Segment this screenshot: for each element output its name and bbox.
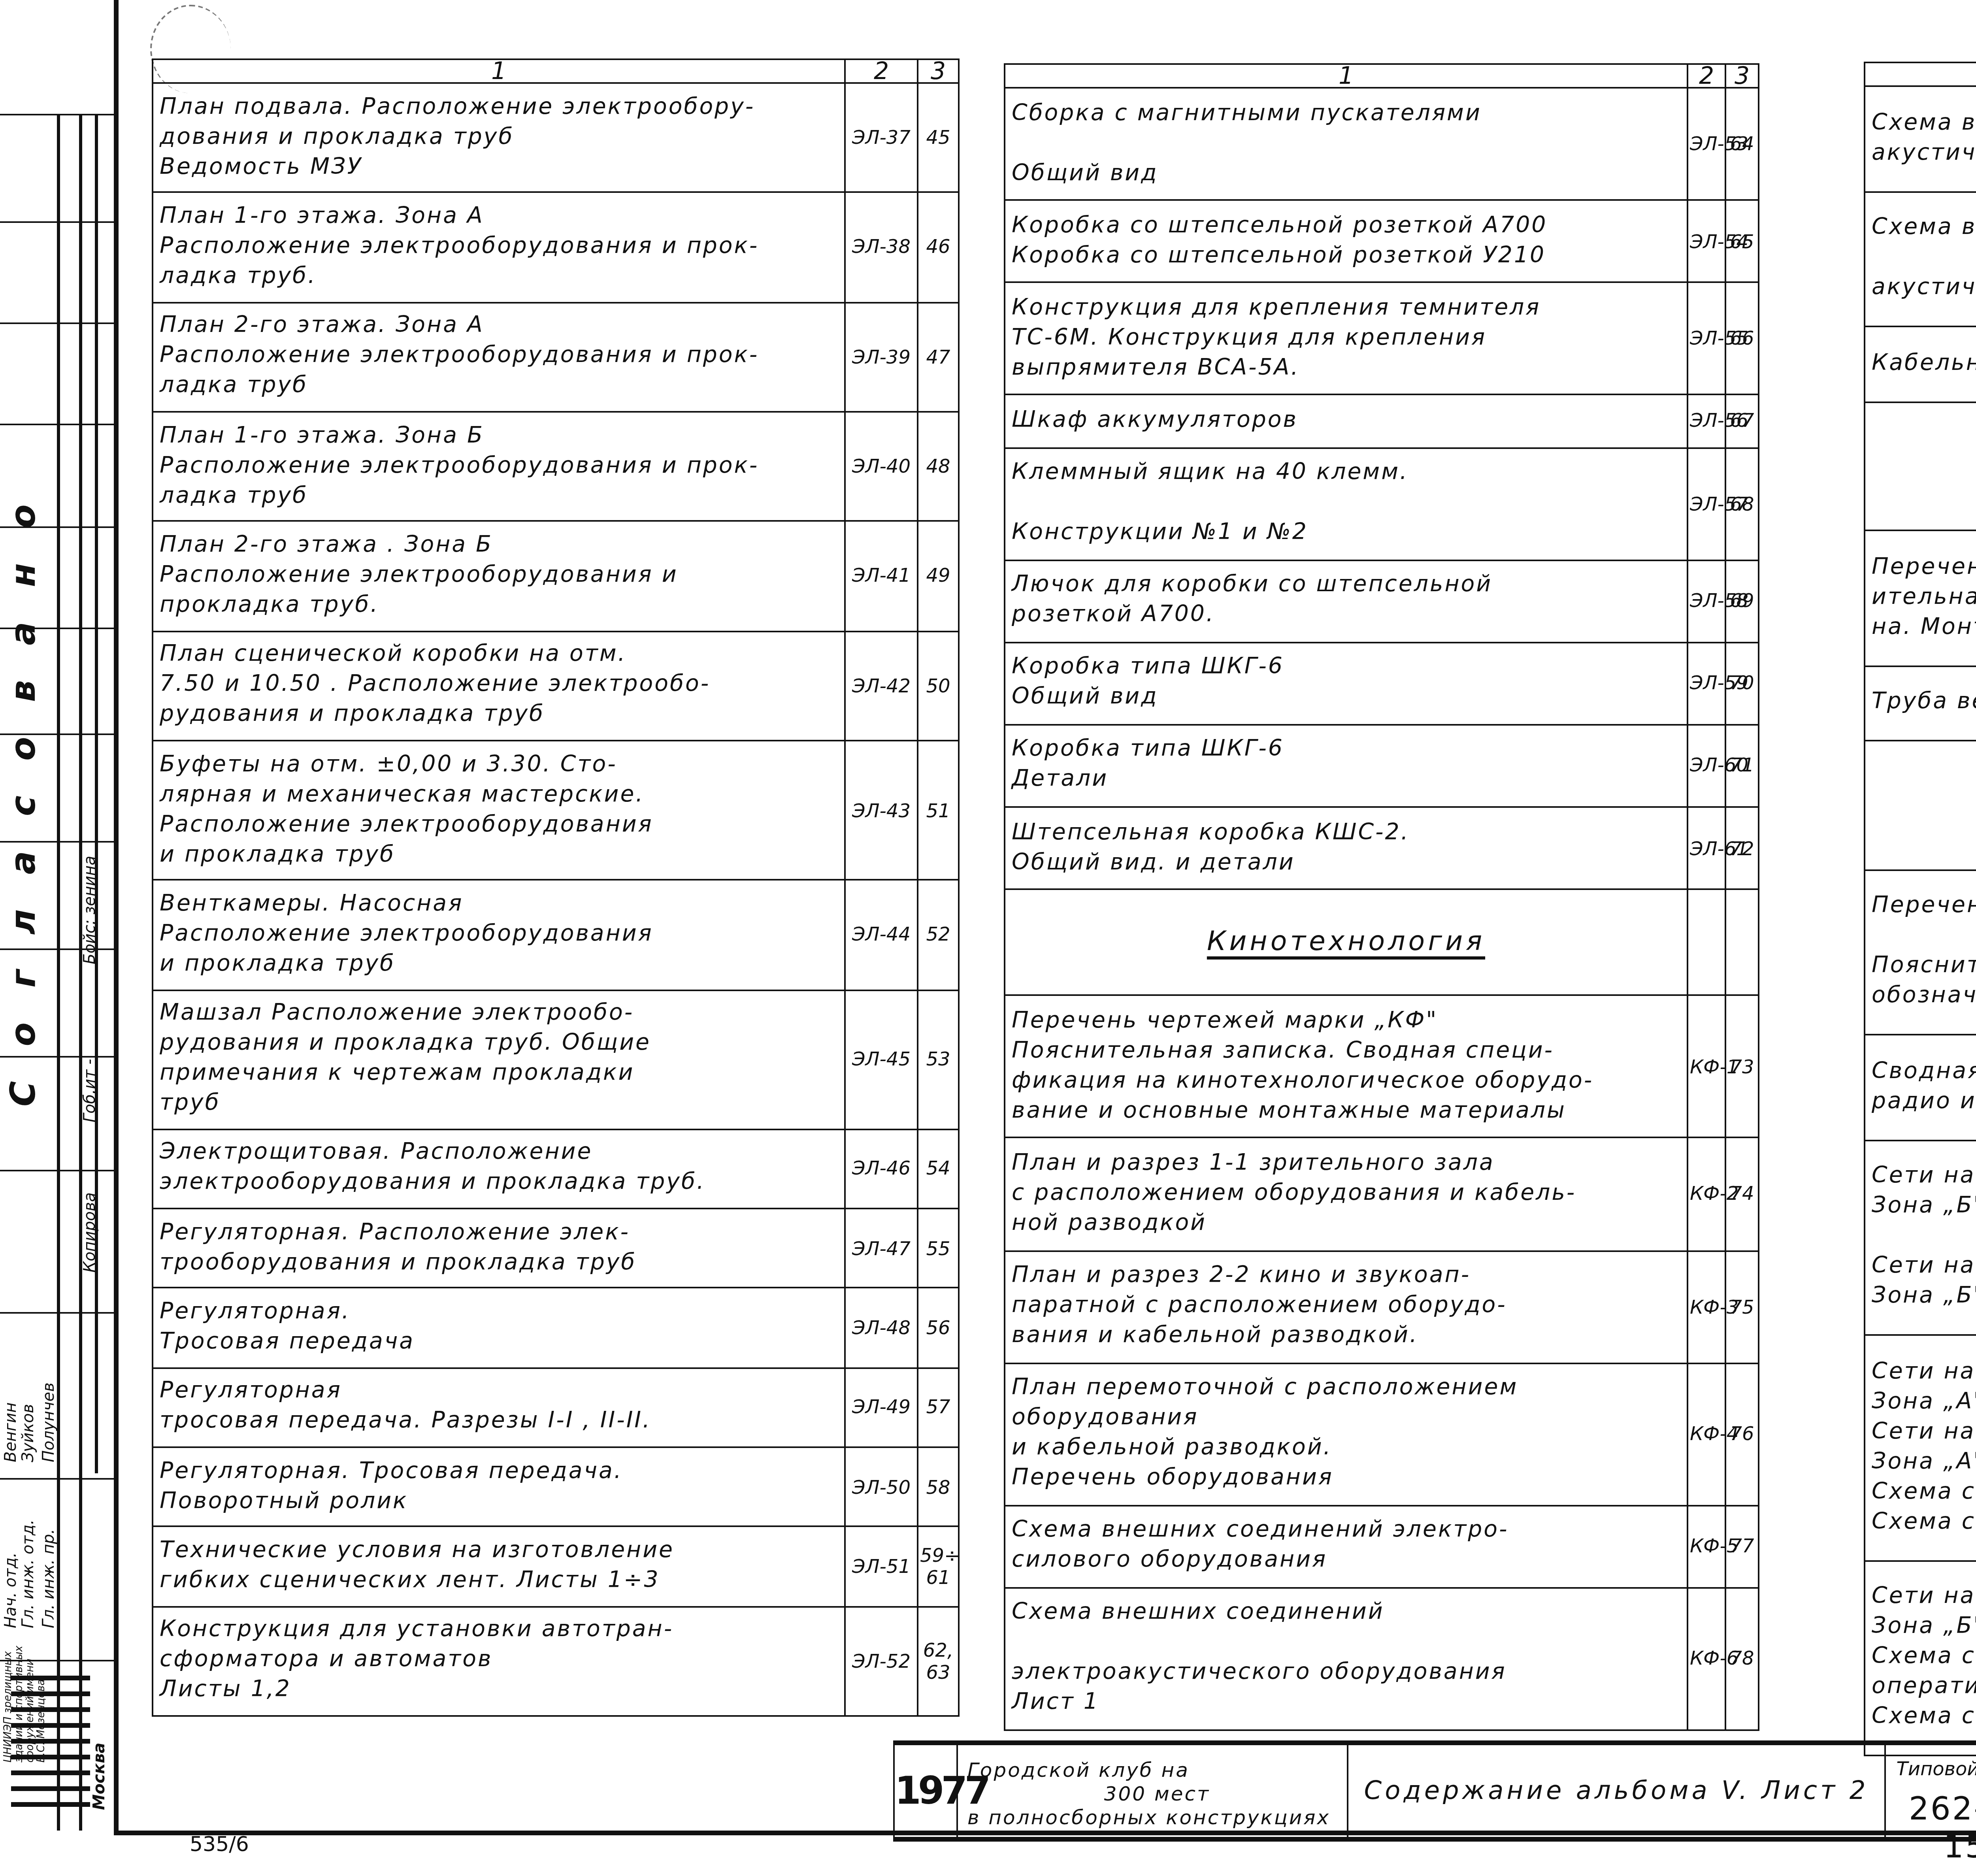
agreement-name: Бойс: зенина bbox=[82, 856, 100, 964]
drawing-code: ЭЛ-51 bbox=[845, 1527, 918, 1606]
table-row: Конструкция для крепления темнителя ТС-6… bbox=[1005, 283, 1759, 395]
page-number: 59÷ 61 bbox=[918, 1527, 959, 1606]
drawing-code: ЭЛ-54 bbox=[1688, 200, 1725, 283]
drawing-code: ЭЛ-53 bbox=[1688, 88, 1725, 200]
drawing-title: Коробка со штепсельной розеткой А700 Кор… bbox=[1005, 200, 1688, 283]
drawing-title: Регуляторная тросовая передача. Разрезы … bbox=[153, 1368, 845, 1447]
strip-row-line bbox=[0, 114, 114, 115]
table-row: Перечень чертежей марки „КФ" Пояснительн… bbox=[1005, 996, 1759, 1138]
agreement-name: Гоб.ит - bbox=[82, 1059, 100, 1122]
drawing-title: План 2-го этажа. Зона А Расположение эле… bbox=[153, 302, 845, 412]
drawing-title: Регуляторная. Тросовая передача bbox=[153, 1288, 845, 1368]
table-row: Труба верхняя, труба нижняяКФК-283 bbox=[1865, 666, 1976, 741]
table-header-row: 1 2 3 bbox=[153, 59, 959, 83]
drawing-title: Кабельный журнал bbox=[1865, 326, 1976, 402]
drawing-code: ЭЛ-39 bbox=[845, 302, 918, 412]
drawing-code: ЭЛ-41 bbox=[845, 521, 918, 631]
drawing-code: ЭЛ-49 bbox=[845, 1368, 918, 1447]
page-number: 57 bbox=[918, 1368, 959, 1447]
project-value: 262-12-158 bbox=[1886, 1789, 1976, 1865]
table-row: Сети на плане 2-го этажа Зона „Б" в осях… bbox=[1865, 1560, 1976, 1755]
page-number: 51 bbox=[918, 741, 959, 880]
drawing-code: КФ-2 bbox=[1688, 1138, 1725, 1251]
drawing-title: План подвала. Расположение электрообору-… bbox=[153, 83, 845, 192]
drawing-title: План 2-го этажа . Зона Б Расположение эл… bbox=[153, 521, 845, 631]
table-row: Регуляторная тросовая передача. Разрезы … bbox=[153, 1368, 959, 1447]
signature-name: Зуйков bbox=[21, 1404, 38, 1462]
table-row: Схема внешних соединений электро- акусти… bbox=[1865, 191, 1976, 326]
column-header: 3 bbox=[918, 59, 959, 83]
page-number: 47 bbox=[918, 302, 959, 412]
drawing-title: Венткамеры. Насосная Расположение электр… bbox=[153, 880, 845, 990]
page-number: 66 bbox=[1725, 283, 1759, 395]
drawing-code: ЭЛ-40 bbox=[845, 412, 918, 521]
table-row: Схема внешних соединений электроакустиче… bbox=[1005, 1588, 1759, 1731]
drawing-title: Сети на плане 2-го этажа Зона „А" в осях… bbox=[1865, 1335, 1976, 1560]
title-block-object: Городской клуб на 300 мест в полносборны… bbox=[956, 1745, 1347, 1837]
drawing-title: План и разрез 1-1 зрительного зала с рас… bbox=[1005, 1138, 1688, 1251]
page-number: 55 bbox=[918, 1209, 959, 1288]
page-number: 76 bbox=[1725, 1363, 1759, 1506]
table-row: Сводная спецификация устройств радио и с… bbox=[1865, 1035, 1976, 1140]
drawing-code: ЭЛ-61 bbox=[1688, 807, 1725, 890]
strip-row-line bbox=[0, 424, 114, 425]
column-header: 2 bbox=[845, 59, 918, 83]
drawing-code: ЭЛ-50 bbox=[845, 1447, 918, 1527]
drawing-title: Перечень чертежей марки КФК, Поясн- ител… bbox=[1865, 530, 1976, 666]
drawing-code: ЭЛ-47 bbox=[845, 1209, 918, 1288]
page-number: 69 bbox=[1725, 560, 1759, 643]
page-number: 62, 63 bbox=[918, 1606, 959, 1716]
empty-cell bbox=[1725, 890, 1759, 996]
section-row: Кинотехника bbox=[1865, 402, 1976, 530]
table-row: Сети на плане 1-го этажа Зона „Б" в осях… bbox=[1865, 1140, 1976, 1335]
page-number: 67 bbox=[1725, 395, 1759, 448]
drawing-title: Сборка с магнитными пускателями Общий ви… bbox=[1005, 88, 1688, 200]
page-number: 49 bbox=[918, 521, 959, 631]
drawing-code: ЭЛ-44 bbox=[845, 880, 918, 990]
table-row: Сборка с магнитными пускателями Общий ви… bbox=[1005, 88, 1759, 200]
table-row: План 1-го этажа. Зона Б Расположение эле… bbox=[153, 412, 959, 521]
table-row: Регуляторная. Тросовая передачаЭЛ-4856 bbox=[153, 1288, 959, 1368]
column-header: 1 bbox=[1865, 62, 1976, 86]
page-number: 53 bbox=[918, 990, 959, 1129]
title-block-title: Содержание альбома V. Лист 2 bbox=[1347, 1745, 1884, 1837]
drawing-code: ЭЛ-38 bbox=[845, 192, 918, 302]
agreed-label: Согласовано bbox=[5, 469, 44, 1107]
drawing-title: Схема внешних соединений электроакустиче… bbox=[1005, 1588, 1688, 1731]
drawing-title: Регуляторная. Тросовая передача. Поворот… bbox=[153, 1447, 845, 1527]
drawing-title: Сети на плане 2-го этажа Зона „Б" в осях… bbox=[1865, 1560, 1976, 1755]
page-number: 50 bbox=[918, 631, 959, 740]
table-row: Машзал Расположение электрообо- рудовани… bbox=[153, 990, 959, 1129]
page-number: 64 bbox=[1725, 88, 1759, 200]
drawing-title: Перечень чертежей марки „РС" Пояснительн… bbox=[1865, 869, 1976, 1035]
section-title: Кинотехнология bbox=[1005, 890, 1688, 996]
frame-left-border bbox=[114, 0, 119, 1831]
drawing-code: ЭЛ-48 bbox=[845, 1288, 918, 1368]
drawing-title: Регуляторная. Расположение элек- трообор… bbox=[153, 1209, 845, 1288]
drawing-code: КФ-6 bbox=[1688, 1588, 1725, 1731]
drawing-title: План и разрез 2-2 кино и звукоап- паратн… bbox=[1005, 1250, 1688, 1363]
table-row: Шкаф аккумуляторовЭЛ-5667 bbox=[1005, 395, 1759, 448]
table-row: Клеммный ящик на 40 клемм. Конструкции №… bbox=[1005, 447, 1759, 560]
table-row: Буфеты на отм. ±0,00 и 3.30. Сто- лярная… bbox=[153, 741, 959, 880]
drawing-code: ЭЛ-37 bbox=[845, 83, 918, 192]
archive-number: 535/6 bbox=[190, 1834, 249, 1857]
table-row: Перечень чертежей марки „РС" Пояснительн… bbox=[1865, 869, 1976, 1035]
drawing-title: Конструкция для установки автотран- сфор… bbox=[153, 1606, 845, 1716]
agreement-name: Копирова bbox=[82, 1192, 100, 1273]
table-header-row: 1 2 3 bbox=[1005, 64, 1759, 88]
page-number: 54 bbox=[918, 1129, 959, 1209]
table-row: План 2-го этажа . Зона Б Расположение эл… bbox=[153, 521, 959, 631]
empty-cell bbox=[1688, 890, 1725, 996]
drawing-title: Машзал Расположение электрообо- рудовани… bbox=[153, 990, 845, 1129]
drawing-title: Штепсельная коробка КШС-2. Общий вид. и … bbox=[1005, 807, 1688, 890]
section-row: Кинотехнология bbox=[1005, 890, 1759, 996]
drawing-code: ЭЛ-59 bbox=[1688, 642, 1725, 725]
drawing-title: Клеммный ящик на 40 клемм. Конструкции №… bbox=[1005, 447, 1688, 560]
signature-role: Гл. инж. пр. bbox=[41, 1529, 58, 1628]
drawing-code: КФ-1 bbox=[1688, 996, 1725, 1138]
table-row: Конструкция для установки автотран- сфор… bbox=[153, 1606, 959, 1716]
object-line: 300 мест bbox=[967, 1782, 1347, 1805]
column-header: 2 bbox=[1688, 64, 1725, 88]
section-row: Радио и связь bbox=[1865, 741, 1976, 869]
table-row: Схема внешних соединений электро- акусти… bbox=[1865, 86, 1976, 191]
signature-name: Венгин bbox=[3, 1403, 21, 1462]
table-row: Сети на плане 2-го этажа Зона „А" в осях… bbox=[1865, 1335, 1976, 1560]
table-row: Регуляторная. Тросовая передача. Поворот… bbox=[153, 1447, 959, 1527]
page-number: 75 bbox=[1725, 1250, 1759, 1363]
strip-row-line bbox=[0, 1170, 114, 1171]
page-number: 65 bbox=[1725, 200, 1759, 283]
page-number: 74 bbox=[1725, 1138, 1759, 1251]
table-row: Регуляторная. Расположение элек- трообор… bbox=[153, 1209, 959, 1288]
table-row: Лючок для коробки со штепсельной розетко… bbox=[1005, 560, 1759, 643]
page-number: 77 bbox=[1725, 1505, 1759, 1588]
drawing-title: Схема внешних соединений электро- силово… bbox=[1005, 1505, 1688, 1588]
drawing-title: Схема внешних соединений электро- акусти… bbox=[1865, 191, 1976, 326]
strip-col-line bbox=[79, 114, 81, 1831]
contents-table-right: 1 2 3 Схема внешних соединений электро- … bbox=[1864, 62, 1976, 1756]
drawing-code: КФ-3 bbox=[1688, 1250, 1725, 1363]
drawing-code: ЭЛ-57 bbox=[1688, 447, 1725, 560]
signature-name: Полунчев bbox=[41, 1382, 58, 1462]
drawing-code: ЭЛ-42 bbox=[845, 631, 918, 740]
drawing-code: ЭЛ-52 bbox=[845, 1606, 918, 1716]
drawing-title: Коробка типа ШКГ-6 Общий вид bbox=[1005, 642, 1688, 725]
drawing-code: ЭЛ-55 bbox=[1688, 283, 1725, 395]
page-number: 73 bbox=[1725, 996, 1759, 1138]
page-number: 58 bbox=[918, 1447, 959, 1527]
drawing-title: План перемоточной с расположением оборуд… bbox=[1005, 1363, 1688, 1506]
table-row: План 1-го этажа. Зона А Расположение эле… bbox=[153, 192, 959, 302]
table-row: Штепсельная коробка КШС-2. Общий вид. и … bbox=[1005, 807, 1759, 890]
table-row: Технические условия на изготовление гибк… bbox=[153, 1527, 959, 1606]
table-row: Электрощитовая. Расположение электрообор… bbox=[153, 1129, 959, 1209]
strip-row-line bbox=[0, 1312, 114, 1314]
drawing-code: КФ-4 bbox=[1688, 1363, 1725, 1506]
table-header-row: 1 2 3 bbox=[1865, 62, 1976, 86]
table-row: Кабельный журналКФ-981 bbox=[1865, 326, 1976, 402]
page-number: 56 bbox=[918, 1288, 959, 1368]
drawing-title: Электрощитовая. Расположение электрообор… bbox=[153, 1129, 845, 1209]
drawing-title: Перечень чертежей марки „КФ" Пояснительн… bbox=[1005, 996, 1688, 1138]
drawing-title: Буфеты на отм. ±0,00 и 3.30. Сто- лярная… bbox=[153, 741, 845, 880]
drawing-title: Лючок для коробки со штепсельной розетко… bbox=[1005, 560, 1688, 643]
column-header: 1 bbox=[153, 59, 845, 83]
table-row: План подвала. Расположение электрообору-… bbox=[153, 83, 959, 192]
signature-role: Нач. отд. bbox=[3, 1552, 21, 1628]
page-number: 45 bbox=[918, 83, 959, 192]
title-block-year: 1977 bbox=[893, 1745, 956, 1837]
strip-row-line bbox=[0, 322, 114, 324]
drawing-code: ЭЛ-60 bbox=[1688, 725, 1725, 807]
page-number: 46 bbox=[918, 192, 959, 302]
drawing-code: ЭЛ-56 bbox=[1688, 395, 1725, 448]
object-line: в полносборных конструкциях bbox=[967, 1805, 1347, 1829]
drawing-code: ЭЛ-58 bbox=[1688, 560, 1725, 643]
contents-table-left: 1 2 3 План подвала. Расположение электро… bbox=[152, 58, 960, 1717]
table-row: Схема внешних соединений электро- силово… bbox=[1005, 1505, 1759, 1588]
drawing-title: Труба верхняя, труба нижняя bbox=[1865, 666, 1976, 741]
title-block-project: Типовой проект 262-12-158 bbox=[1884, 1745, 1976, 1837]
table-row: Коробка со штепсельной розеткой А700 Кор… bbox=[1005, 200, 1759, 283]
section-title-text: Кинотехнология bbox=[1207, 927, 1485, 958]
drawing-sheet: 3 Согласовано Бойс: зенина Гоб.ит - Копи… bbox=[0, 0, 1976, 1876]
table-row: Перечень чертежей марки КФК, Поясн- ител… bbox=[1865, 530, 1976, 666]
table-row: Коробка типа ШКГ-6 ДеталиЭЛ-6071 bbox=[1005, 725, 1759, 807]
table-row: Венткамеры. Насосная Расположение электр… bbox=[153, 880, 959, 990]
drawing-title: Коробка типа ШКГ-6 Детали bbox=[1005, 725, 1688, 807]
section-title: Кинотехника bbox=[1865, 402, 1976, 530]
drawing-code: ЭЛ-46 bbox=[845, 1129, 918, 1209]
page-number: 78 bbox=[1725, 1588, 1759, 1731]
page-number: 71 bbox=[1725, 725, 1759, 807]
table-row: План и разрез 1-1 зрительного зала с рас… bbox=[1005, 1138, 1759, 1251]
title-block: 1977 Городской клуб на 300 мест в полнос… bbox=[893, 1740, 1976, 1842]
signature-role: Гл. инж. отд. bbox=[21, 1520, 38, 1628]
table-row: Коробка типа ШКГ-6 Общий видЭЛ-5970 bbox=[1005, 642, 1759, 725]
project-label: Типовой проект bbox=[1886, 1758, 1976, 1780]
page-number: 68 bbox=[1725, 447, 1759, 560]
page-number: 52 bbox=[918, 880, 959, 990]
drawing-title: План сценической коробки на отм. 7.50 и … bbox=[153, 631, 845, 740]
drawing-title: Технические условия на изготовление гибк… bbox=[153, 1527, 845, 1606]
drawing-title: Схема внешних соединений электро- акусти… bbox=[1865, 86, 1976, 191]
drawing-title: План 1-го этажа. Зона Б Расположение эле… bbox=[153, 412, 845, 521]
drawing-title: План 1-го этажа. Зона А Расположение эле… bbox=[153, 192, 845, 302]
drawing-title: Сводная спецификация устройств радио и с… bbox=[1865, 1035, 1976, 1140]
table-row: План и разрез 2-2 кино и звукоап- паратн… bbox=[1005, 1250, 1759, 1363]
drawing-title: Сети на плане 1-го этажа Зона „Б" в осях… bbox=[1865, 1140, 1976, 1335]
drawing-code: КФ-5 bbox=[1688, 1505, 1725, 1588]
page-number: 72 bbox=[1725, 807, 1759, 890]
object-line: Городской клуб на bbox=[967, 1758, 1347, 1782]
table-row: План сценической коробки на отм. 7.50 и … bbox=[153, 631, 959, 740]
contents-table-middle: 1 2 3 Сборка с магнитными пускателями Об… bbox=[1004, 63, 1759, 1731]
page-number: 70 bbox=[1725, 642, 1759, 725]
table-row: План перемоточной с расположением оборуд… bbox=[1005, 1363, 1759, 1506]
column-header: 3 bbox=[1725, 64, 1759, 88]
strip-row-line bbox=[0, 221, 114, 223]
section-title: Радио и связь bbox=[1865, 741, 1976, 869]
column-header: 1 bbox=[1005, 64, 1688, 88]
strip-row-line bbox=[0, 1478, 114, 1480]
city-label: Москва bbox=[92, 1743, 109, 1810]
drawing-code: ЭЛ-45 bbox=[845, 990, 918, 1129]
table-row: План 2-го этажа. Зона А Расположение эле… bbox=[153, 302, 959, 412]
drawing-title: Конструкция для крепления темнителя ТС-6… bbox=[1005, 283, 1688, 395]
drawing-code: ЭЛ-43 bbox=[845, 741, 918, 880]
page-number: 48 bbox=[918, 412, 959, 521]
drawing-title: Шкаф аккумуляторов bbox=[1005, 395, 1688, 448]
